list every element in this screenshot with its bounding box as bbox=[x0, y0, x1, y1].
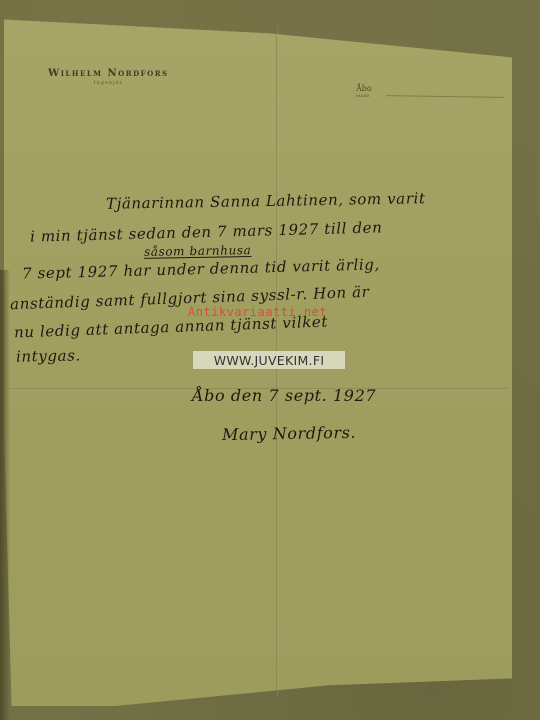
letter-insertion: såsom barnhusa bbox=[144, 243, 252, 259]
watermark-juvekim-text: WWW.JUVEKIM.FI bbox=[214, 353, 325, 368]
letter-line-6: intygas. bbox=[16, 346, 81, 365]
page-edge-shadow bbox=[0, 270, 10, 720]
watermark-antikvariaatti: Antikvariaatti.net bbox=[188, 305, 327, 319]
place-sublabel: ställe bbox=[356, 93, 372, 98]
place-label: Åbo bbox=[356, 84, 372, 93]
place-header: Åbo ställe bbox=[356, 84, 372, 98]
letter-dateline: Åbo den 7 sept. 1927 bbox=[192, 386, 376, 405]
watermark-juvekim: WWW.JUVEKIM.FI bbox=[193, 351, 345, 369]
letterhead-subtitle: Ingenjör bbox=[48, 80, 169, 86]
letterhead: Wilhelm Nordfors Ingenjör bbox=[48, 68, 169, 86]
letterhead-name: Wilhelm Nordfors bbox=[48, 68, 169, 79]
letter-signature: Mary Nordfors. bbox=[222, 423, 356, 444]
